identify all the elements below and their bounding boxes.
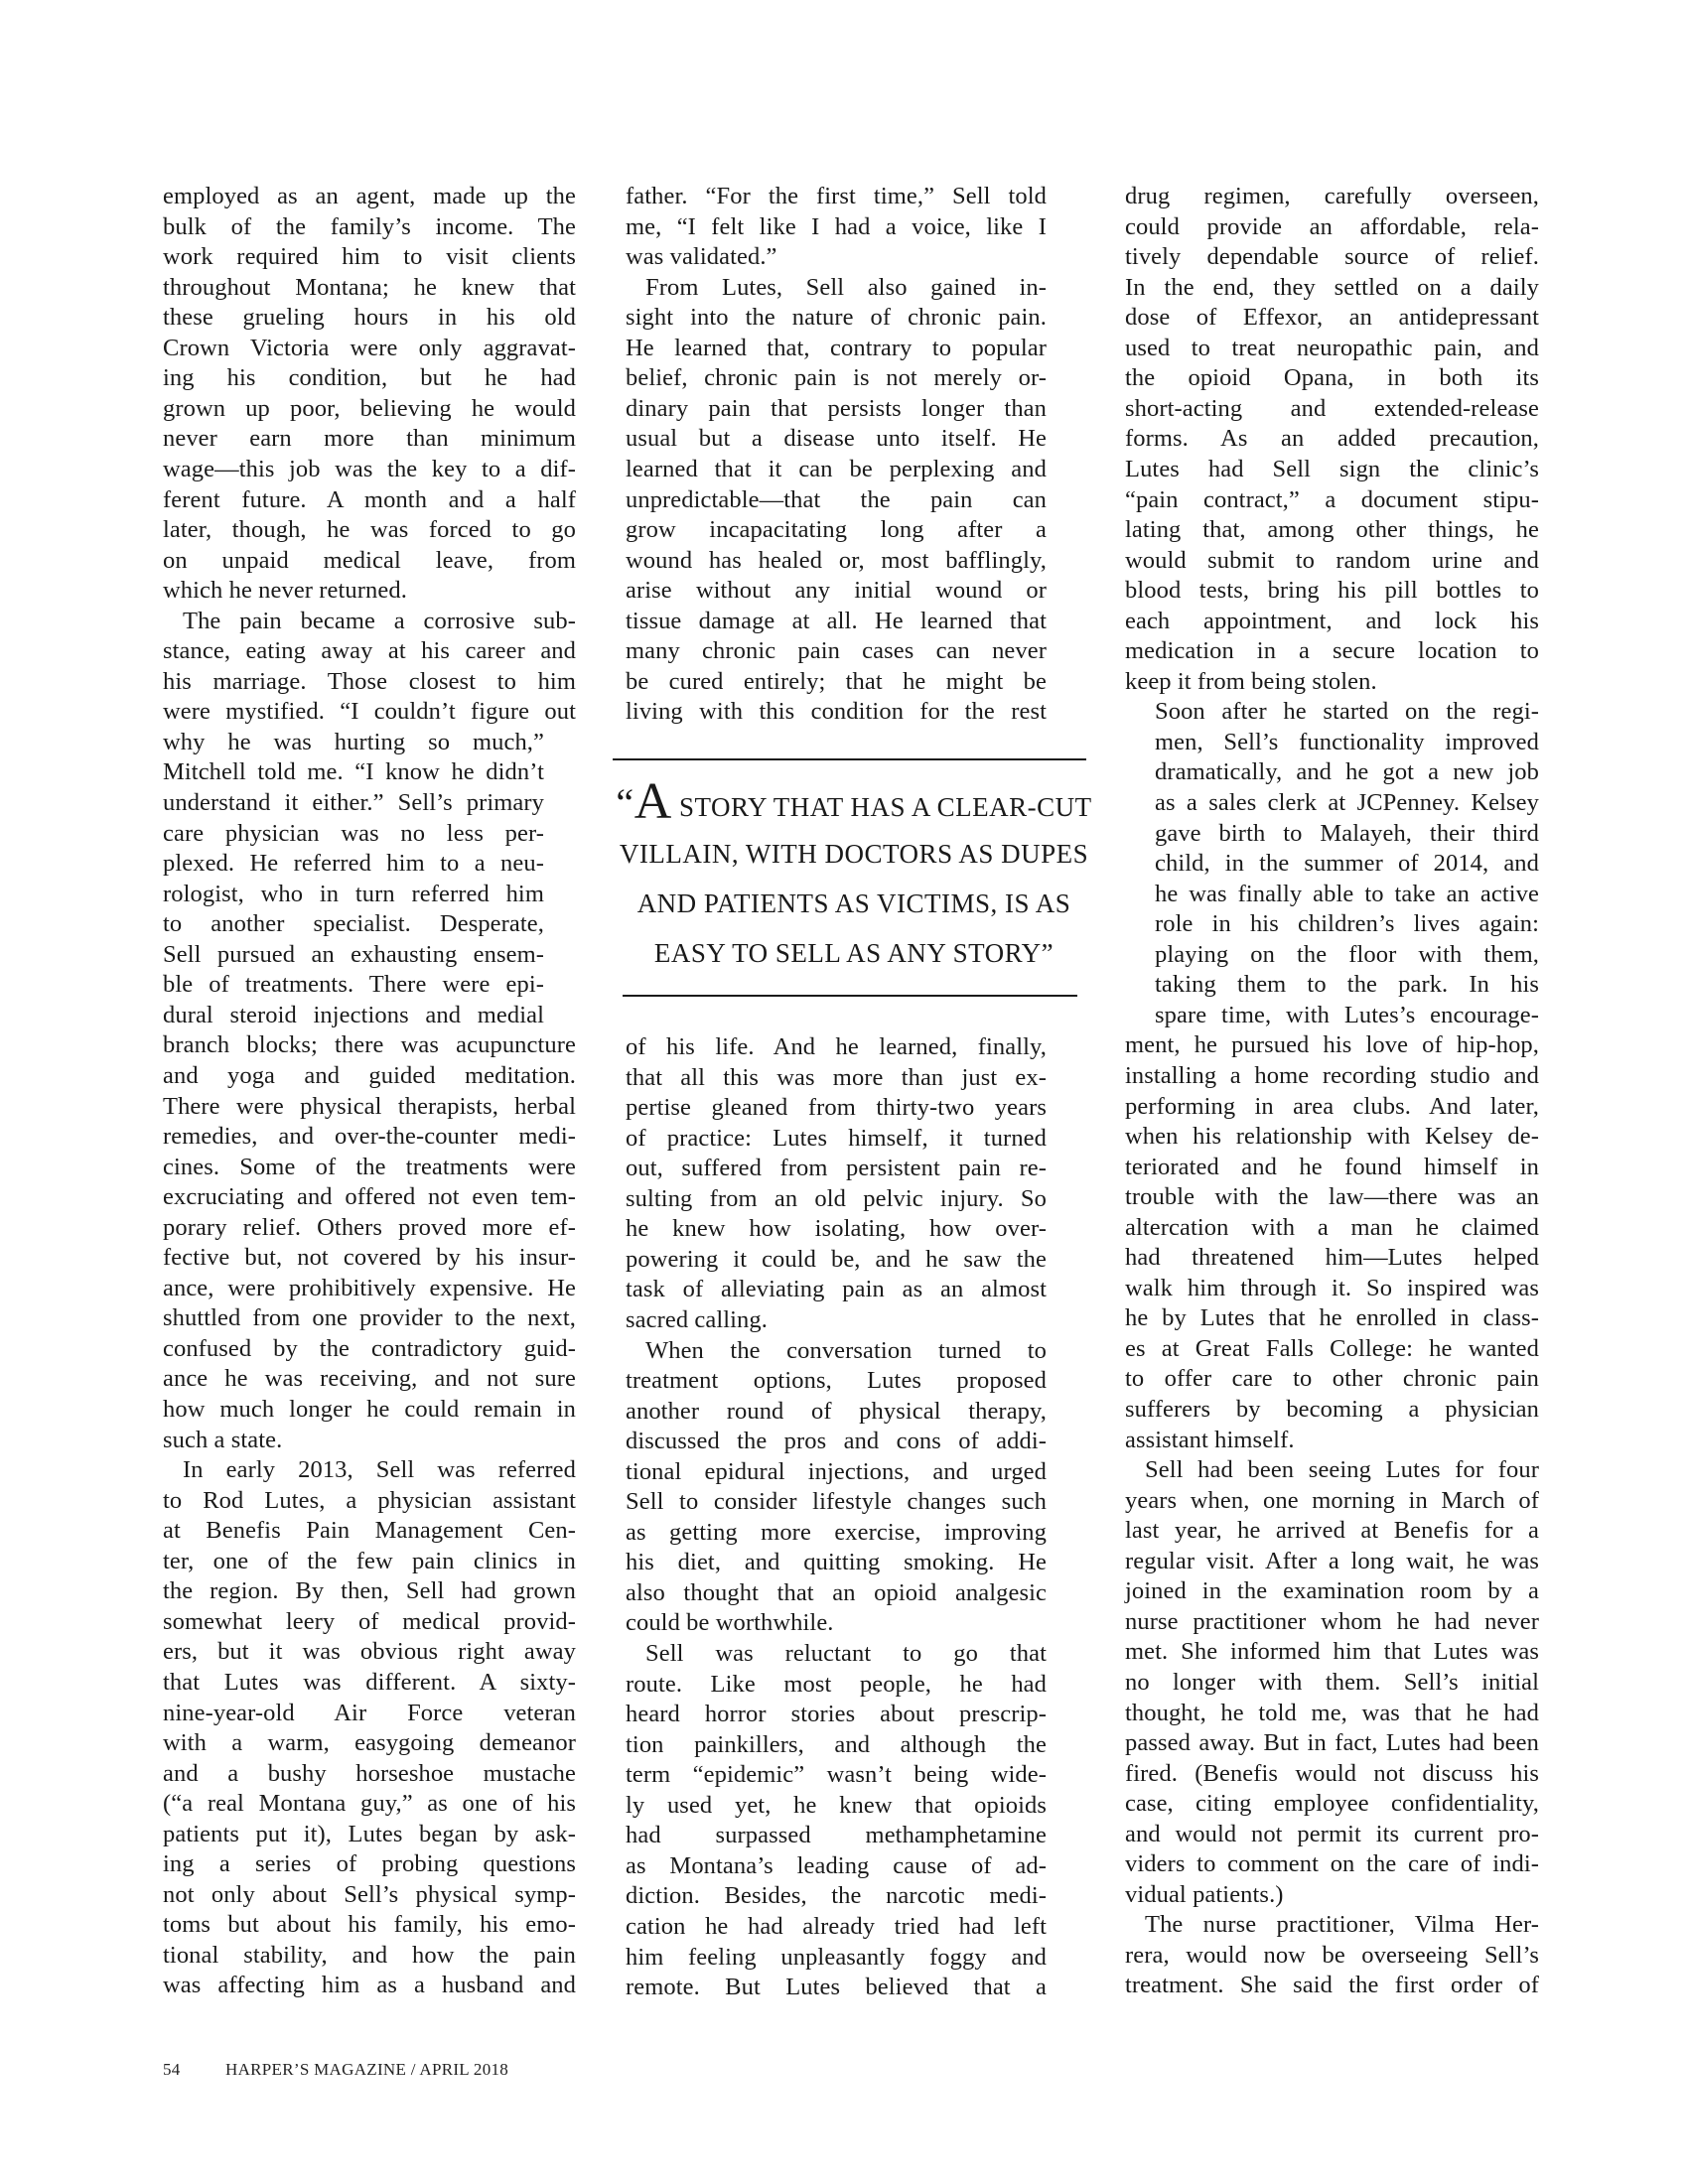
text-line: The nurse practitioner, Vilma Her-: [1145, 1910, 1539, 1940]
text-line: patients put it), Lutes began by ask-: [163, 1820, 576, 1849]
text-line: viders to comment on the care of indi-: [1125, 1849, 1539, 1879]
text-line: as getting more exercise, improving: [626, 1518, 1047, 1548]
text-line: men, Sell’s functionality improved: [1155, 728, 1539, 757]
text-line: role in his children’s lives again:: [1155, 909, 1539, 939]
text-line: branch blocks; there was acupuncture: [163, 1030, 576, 1060]
text-line: not only about Sell’s physical symp-: [163, 1880, 576, 1910]
text-line: treatment. She said the first order of: [1125, 1971, 1539, 2000]
text-line: somewhat leery of medical provid-: [163, 1607, 576, 1637]
text-line: fired. (Benefis would not discuss his: [1125, 1759, 1539, 1789]
text-line: last year, he arrived at Benefis for a: [1125, 1516, 1539, 1546]
text-line: When the conversation turned to: [645, 1336, 1047, 1366]
text-line: he knew how isolating, how over-: [626, 1214, 1047, 1244]
text-line: ers, but it was obvious right away: [163, 1637, 576, 1667]
text-line: many chronic pain cases can never: [626, 636, 1047, 666]
text-line: forms. As an added precaution,: [1125, 424, 1539, 454]
text-line: were mystified. “I couldn’t figure out: [163, 697, 576, 727]
text-line: his marriage. Those closest to him: [163, 667, 576, 697]
text-line: he was finally able to take an active: [1155, 880, 1539, 909]
text-line: ble of treatments. There were epi-: [163, 970, 544, 1000]
text-line: Crown Victoria were only aggravat-: [163, 334, 576, 363]
text-line: could provide an affordable, rela-: [1125, 212, 1539, 242]
text-line: altercation with a man he claimed: [1125, 1213, 1539, 1243]
text-line: In the end, they settled on a daily: [1125, 273, 1539, 303]
text-line: toms but about his family, his emo-: [163, 1910, 576, 1940]
text-line: each appointment, and lock his: [1125, 607, 1539, 636]
text-line: teriorated and he found himself in: [1125, 1153, 1539, 1182]
pull-quote-line-1: “A STORY THAT HAS A CLEAR-CUT: [606, 782, 1102, 827]
text-line: task of alleviating pain as an almost: [626, 1275, 1047, 1304]
pull-quote-line-3: AND PATIENTS AS VICTIMS, IS AS: [606, 884, 1102, 923]
text-line: sacred calling.: [626, 1305, 1047, 1335]
text-line: Sell to consider lifestyle changes such: [626, 1487, 1047, 1517]
text-line: trouble with the law—there was an: [1125, 1182, 1539, 1212]
text-line: him feeling unpleasantly foggy and: [626, 1943, 1047, 1973]
text-line: Sell was reluctant to go that: [645, 1639, 1047, 1669]
text-line: usual but a disease unto itself. He: [626, 424, 1047, 454]
text-line: later, though, he was forced to go: [163, 515, 576, 545]
text-line: grow incapacitating long after a: [626, 515, 1047, 545]
text-line: that Lutes was different. A sixty-: [163, 1668, 576, 1698]
text-line: ly used yet, he knew that opioids: [626, 1791, 1047, 1821]
text-line: remedies, and over-the-counter medi-: [163, 1122, 576, 1152]
text-line: father. “For the first time,” Sell told: [626, 182, 1047, 211]
text-line: dose of Effexor, an antidepressant: [1125, 303, 1539, 333]
text-line: arise without any initial wound or: [626, 576, 1047, 606]
text-line: ing his condition, but he had: [163, 363, 576, 393]
text-line: tively dependable source of relief.: [1125, 242, 1539, 272]
text-line: Sell had been seeing Lutes for four: [1145, 1455, 1539, 1485]
pull-quote-bottom-rule: [623, 995, 1077, 997]
text-line: From Lutes, Sell also gained in-: [645, 273, 1047, 303]
text-line: these grueling hours in his old: [163, 303, 576, 333]
text-line: no longer with them. Sell’s initial: [1125, 1668, 1539, 1698]
text-line: how much longer he could remain in: [163, 1395, 576, 1425]
text-line: treatment options, Lutes proposed: [626, 1366, 1047, 1396]
text-line: me, “I felt like I had a voice, like I: [626, 212, 1047, 242]
text-line: dramatically, and he got a new job: [1155, 757, 1539, 787]
text-line: playing on the floor with them,: [1155, 940, 1539, 970]
text-line: understand it either.” Sell’s primary: [163, 788, 544, 818]
text-line: thought, he told me, was that he had: [1125, 1699, 1539, 1728]
text-line: ferent future. A month and a half: [163, 485, 576, 515]
pull-quote-open-mark: “: [616, 780, 633, 825]
text-line: sufferers by becoming a physician: [1125, 1395, 1539, 1425]
page-number: 54: [163, 2060, 181, 2079]
text-line: vidual patients.): [1125, 1880, 1539, 1910]
text-line: had surpassed methamphetamine: [626, 1821, 1047, 1850]
text-line: when his relationship with Kelsey de-: [1125, 1122, 1539, 1152]
text-line: lating that, among other things, he: [1125, 515, 1539, 545]
text-line: dural steroid injections and medial: [163, 1001, 544, 1030]
text-line: dinary pain that persists longer than: [626, 394, 1047, 424]
text-line: heard horror stories about prescrip-: [626, 1700, 1047, 1729]
text-line: discussed the pros and cons of addi-: [626, 1427, 1047, 1456]
text-line: nine-year-old Air Force veteran: [163, 1699, 576, 1728]
text-line: care physician was no less per-: [163, 819, 544, 849]
text-line: and a bushy horseshoe mustache: [163, 1759, 576, 1789]
text-line: his diet, and quitting smoking. He: [626, 1548, 1047, 1577]
text-line: nurse practitioner whom he had never: [1125, 1607, 1539, 1637]
text-line: of his life. And he learned, finally,: [626, 1032, 1047, 1062]
text-line: powering it could be, and he saw the: [626, 1245, 1047, 1275]
text-line: performing in area clubs. And later,: [1125, 1092, 1539, 1122]
text-line: route. Like most people, he had: [626, 1670, 1047, 1700]
text-line: to another specialist. Desperate,: [163, 909, 544, 939]
text-line: used to treat neuropathic pain, and: [1125, 334, 1539, 363]
text-line: cation he had already tried had left: [626, 1912, 1047, 1942]
text-line: ance he was receiving, and not sure: [163, 1364, 576, 1394]
publication-line: HARPER’S MAGAZINE / APRIL 2018: [225, 2060, 508, 2080]
text-line: ment, he pursued his love of hip-hop,: [1125, 1030, 1539, 1060]
text-line: as a sales clerk at JCPenney. Kelsey: [1155, 788, 1539, 818]
text-line: child, in the summer of 2014, and: [1155, 849, 1539, 879]
text-line: was affecting him as a husband and: [163, 1971, 576, 2000]
text-line: stance, eating away at his career and: [163, 636, 576, 666]
text-line: case, citing employee confidentiality,: [1125, 1789, 1539, 1819]
text-line: cines. Some of the treatments were: [163, 1153, 576, 1182]
text-line: installing a home recording studio and: [1125, 1061, 1539, 1091]
text-line: wage—this job was the key to a dif-: [163, 455, 576, 484]
text-line: keep it from being stolen.: [1125, 667, 1539, 697]
text-line: diction. Besides, the narcotic medi-: [626, 1881, 1047, 1911]
text-line: term “epidemic” wasn’t being wide-: [626, 1760, 1047, 1790]
text-line: rologist, who in turn referred him: [163, 880, 544, 909]
text-line: grown up poor, believing he would: [163, 394, 576, 424]
text-line: ing a series of probing questions: [163, 1849, 576, 1879]
text-line: confused by the contradictory guid-: [163, 1334, 576, 1364]
text-line: gave birth to Malayeh, their third: [1155, 819, 1539, 849]
page-footer: 54 HARPER’S MAGAZINE / APRIL 2018: [163, 2060, 560, 2080]
text-line: Sell pursued an exhausting ensem-: [163, 940, 544, 970]
text-line: blood tests, bring his pill bottles to: [1125, 576, 1539, 606]
text-line: tion painkillers, and although the: [626, 1730, 1047, 1760]
text-line: employed as an agent, made up the: [163, 182, 576, 211]
text-line: joined in the examination room by a: [1125, 1576, 1539, 1606]
pull-quote-drop-letter: A: [634, 773, 672, 830]
text-line: medication in a secure location to: [1125, 636, 1539, 666]
text-line: also thought that an opioid analgesic: [626, 1578, 1047, 1608]
text-line: unpredictable—that the pain can: [626, 485, 1047, 515]
text-line: as Montana’s leading cause of ad-: [626, 1851, 1047, 1881]
text-line: and would not permit its current pro-: [1125, 1820, 1539, 1849]
text-line: In early 2013, Sell was referred: [183, 1455, 576, 1485]
text-line: (“a real Montana guy,” as one of his: [163, 1789, 576, 1819]
text-line: such a state.: [163, 1426, 576, 1455]
text-line: porary relief. Others proved more ef-: [163, 1213, 576, 1243]
text-line: regular visit. After a long wait, he was: [1125, 1547, 1539, 1576]
text-line: tional epidural injections, and urged: [626, 1457, 1047, 1487]
pull-quote-line-2: VILLAIN, WITH DOCTORS AS DUPES: [606, 834, 1102, 874]
text-line: sulting from an old pelvic injury. So: [626, 1184, 1047, 1214]
text-line: never earn more than minimum: [163, 424, 576, 454]
text-line: ance, were prohibitively expensive. He: [163, 1274, 576, 1303]
text-line: “pain contract,” a document stipu-: [1125, 485, 1539, 515]
text-line: es at Great Falls College: he wanted: [1125, 1334, 1539, 1364]
text-line: met. She informed him that Lutes was: [1125, 1637, 1539, 1667]
text-line: tional stability, and how the pain: [163, 1941, 576, 1971]
text-line: the opioid Opana, in both its: [1125, 363, 1539, 393]
text-line: which he never returned.: [163, 576, 576, 606]
text-line: tissue damage at all. He learned that: [626, 607, 1047, 636]
text-line: drug regimen, carefully overseen,: [1125, 182, 1539, 211]
text-line: sight into the nature of chronic pain.: [626, 303, 1047, 333]
text-line: The pain became a corrosive sub-: [183, 607, 576, 636]
text-line: to Rod Lutes, a physician assistant: [163, 1486, 576, 1516]
text-line: had threatened him—Lutes helped: [1125, 1243, 1539, 1273]
text-line: remote. But Lutes believed that a: [626, 1973, 1047, 2002]
pull-quote-top-rule: [613, 758, 1086, 760]
text-line: walk him through it. So inspired was: [1125, 1274, 1539, 1303]
pull-quote-line-4: EASY TO SELL AS ANY STORY”: [606, 933, 1102, 973]
text-line: at Benefis Pain Management Cen-: [163, 1516, 576, 1546]
text-line: Soon after he started on the regi-: [1155, 697, 1539, 727]
text-line: the region. By then, Sell had grown: [163, 1576, 576, 1606]
text-line: on unpaid medical leave, from: [163, 546, 576, 576]
text-line: short-acting and extended-release: [1125, 394, 1539, 424]
text-line: out, suffered from persistent pain re-: [626, 1154, 1047, 1183]
text-line: throughout Montana; he knew that: [163, 273, 576, 303]
text-line: taking them to the park. In his: [1155, 970, 1539, 1000]
text-line: he by Lutes that he enrolled in class-: [1125, 1303, 1539, 1333]
text-line: ter, one of the few pain clinics in: [163, 1547, 576, 1576]
text-line: He learned that, contrary to popular: [626, 334, 1047, 363]
text-line: passed away. But in fact, Lutes had been: [1125, 1728, 1539, 1758]
text-line: bulk of the family’s income. The: [163, 212, 576, 242]
text-line: work required him to visit clients: [163, 242, 576, 272]
text-line: years when, one morning in March of: [1125, 1486, 1539, 1516]
text-line: excruciating and offered not even tem-: [163, 1182, 576, 1212]
text-line: Mitchell told me. “I know he didn’t: [163, 757, 544, 787]
text-line: could be worthwhile.: [626, 1608, 1047, 1638]
text-line: shuttled from one provider to the next,: [163, 1303, 576, 1333]
text-line: belief, chronic pain is not merely or-: [626, 363, 1047, 393]
text-line: would submit to random urine and: [1125, 546, 1539, 576]
text-line: was validated.”: [626, 242, 1047, 272]
text-line: assistant himself.: [1125, 1426, 1539, 1455]
text-line: another round of physical therapy,: [626, 1397, 1047, 1427]
text-line: pertise gleaned from thirty-two years: [626, 1093, 1047, 1123]
text-line: Lutes had Sell sign the clinic’s: [1125, 455, 1539, 484]
text-line: living with this condition for the rest: [626, 697, 1047, 727]
text-line: to offer care to other chronic pain: [1125, 1364, 1539, 1394]
text-line: There were physical therapists, herbal: [163, 1092, 576, 1122]
text-line: plexed. He referred him to a neu-: [163, 849, 544, 879]
text-line: with a warm, easygoing demeanor: [163, 1728, 576, 1758]
text-line: rera, would now be overseeing Sell’s: [1125, 1941, 1539, 1971]
text-line: fective but, not covered by his insur-: [163, 1243, 576, 1273]
text-line: and yoga and guided meditation.: [163, 1061, 576, 1091]
text-line: spare time, with Lutes’s encourage-: [1155, 1001, 1539, 1030]
text-line: of practice: Lutes himself, it turned: [626, 1124, 1047, 1154]
text-line: that all this was more than just ex-: [626, 1063, 1047, 1093]
text-line: learned that it can be perplexing and: [626, 455, 1047, 484]
text-line: be cured entirely; that he might be: [626, 667, 1047, 697]
text-line: why he was hurting so much,”: [163, 728, 544, 757]
text-line: wound has healed or, most bafflingly,: [626, 546, 1047, 576]
